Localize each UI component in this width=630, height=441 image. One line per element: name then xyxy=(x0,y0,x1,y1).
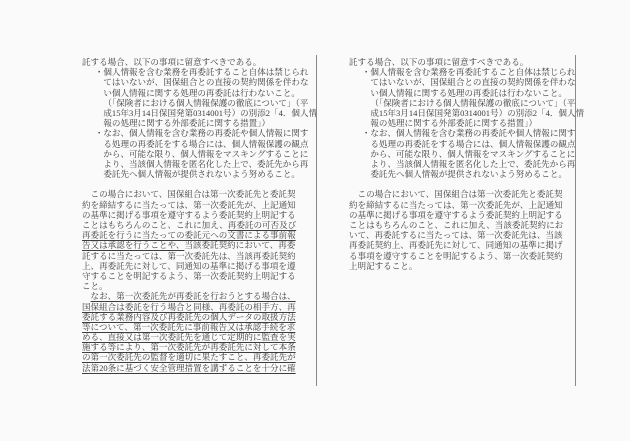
text-line: 等について、第一次委託先に事前報告又は承認手続を求 xyxy=(82,322,318,332)
text-line: ・なお、個人情報を含む業務の再委託や個人情報に関す xyxy=(349,128,577,138)
text-segment: いて、再委託するに当たっては、第一次委託先は、当該 xyxy=(349,230,563,240)
text-segment-underlined-addition: 再委託を行うに当たっての委託元への文書による事前報 xyxy=(82,230,296,240)
text-line: の第一次委託先の監督を適切に果たすこと、再委託先が xyxy=(82,352,318,362)
text-line: 約を締結するに当たっては、第一次委託先が、上記通知 xyxy=(349,200,577,210)
text-segment: （「保険者における個人情報保護の徹底について」（平 xyxy=(370,98,575,108)
text-line: 告又は承認を行うことや、当該委託契約において、再委 xyxy=(82,240,318,250)
text-line: 施する等により、第一次委託先が再委託先に対して本条 xyxy=(82,342,318,352)
scanned-document-page: 託する場合、以下の事項に留意すべきである。・個人情報を含む業務を再委託すること自… xyxy=(0,0,630,441)
text-line: 上、再委託先に対して、同通知の基準に掲げる事項を遵 xyxy=(82,261,318,271)
text-line: 委託先へ個人情報が提供されないよう努めること。 xyxy=(349,169,577,179)
text-line: この場合において、国保組合は第一次委託先と委託契 xyxy=(82,189,318,199)
column-previous-text: 託する場合、以下の事項に留意すべきである。・個人情報を含む業務を再委託すること自… xyxy=(349,57,577,271)
text-line: い個人情報に関する処理の再委託は行わないこと。 xyxy=(349,88,577,98)
text-line: ・個人情報を含む業務を再委託すること自体は禁じられ xyxy=(82,67,318,77)
text-line: める、直接又は第一次委託先を通じて定期的に監査を実 xyxy=(82,332,318,342)
text-line: （「保険者における個人情報保護の徹底について」（平 xyxy=(349,98,577,108)
text-segment: 再委託契約上、再委託先に対して、同通知の基準に掲げ xyxy=(349,240,563,250)
table-right-border-line xyxy=(575,55,576,386)
blank-line xyxy=(82,179,318,189)
text-segment: 託する場合、以下の事項に留意すべきである。 xyxy=(82,57,261,67)
text-segment: この場合において、国保組合は第一次委託先と委託契 xyxy=(91,189,296,199)
text-segment: 託するに当たっては、第一次委託先は、当該再委託契約 xyxy=(82,251,296,261)
text-line: 上明記すること。 xyxy=(349,261,577,271)
text-line: より、当該個人情報を匿名化した上で、委託先から再 xyxy=(349,159,577,169)
text-line: ことはもちろんのこと、これに加え、再委託の可否及び xyxy=(82,220,318,230)
text-segment-underlined-addition: 国保組合は委託を行う場合と同様、再委託の相手方、再 xyxy=(82,302,296,312)
text-segment-underlined-addition: 委託する業務内容及び再委託先の個人データの取扱方法 xyxy=(82,312,296,322)
text-segment-underlined-addition: 再委託の可否及び xyxy=(228,220,296,230)
text-segment-underlined-addition: 等について、第一次委託先に事前報告又は承認手続を求 xyxy=(82,322,295,332)
text-segment: 上、再委託先に対して、同通知の基準に掲げる事項を遵 xyxy=(82,261,296,271)
text-line: る処理の再委託をする場合には、個人情報保護の観点 xyxy=(349,139,577,149)
text-line: てはいないが、国保組合との直接の契約関係を伴わな xyxy=(82,77,318,87)
text-line: 成15年3月14日保国発第0314001号）の別添2「4．個人情 xyxy=(349,108,577,118)
text-line: 報の処理に関する外部委託に関する措置」） xyxy=(82,118,318,128)
text-line: ことはもちろんのこと、これに加え、当該委託契約にお xyxy=(349,220,577,230)
blank-line xyxy=(349,179,577,189)
text-segment: 委託先へ個人情報が提供されないよう努めること。 xyxy=(370,169,567,179)
text-segment: る処理の再委託をする場合には、個人情報保護の観点 xyxy=(370,139,575,149)
text-segment: 報の処理に関する外部委託に関する措置」） xyxy=(370,118,537,128)
text-line: いて、再委託するに当たっては、第一次委託先は、当該 xyxy=(349,230,577,240)
text-segment-underlined-addition: の第一次委託先の監督を適切に果たすこと、再委託先が xyxy=(82,352,296,362)
text-line: この場合において、国保組合は第一次委託先と委託契 xyxy=(349,189,577,199)
text-line: 託する場合、以下の事項に留意すべきである。 xyxy=(82,57,318,67)
text-line: 委託先へ個人情報が提供されないよう努めること。 xyxy=(82,169,318,179)
text-segment: ・なお、個人情報を含む業務の再委託や個人情報に関す xyxy=(362,128,576,138)
text-segment: 守することを明記するよう、第一次委託契約上明記する xyxy=(82,271,296,281)
text-segment: より、当該個人情報を匿名化した上で、委託先から再 xyxy=(370,159,575,169)
text-segment: 当該委託契約において、再委 xyxy=(184,240,295,250)
text-line: から、可能な限り、個人情報をマスキングすることに xyxy=(349,149,577,159)
text-line: 法第20条に基づく安全管理措置を講ずることを十分に確 xyxy=(82,363,318,373)
text-line: 成15年3月14日保国発第0314001号）の別添2「4．個人情 xyxy=(82,108,318,118)
text-line: 託するに当たっては、第一次委託先は、当該再委託契約 xyxy=(82,251,318,261)
column-divider-line xyxy=(316,55,317,386)
text-segment: から、可能な限り、個人情報をマスキングすることに xyxy=(370,149,575,159)
text-line: 託する場合、以下の事項に留意すべきである。 xyxy=(349,57,577,67)
text-segment-underlined-addition: める、直接又は第一次委託先を通じて定期的に監査を実 xyxy=(82,332,296,342)
text-line: から、可能な限り、個人情報をマスキングすることに xyxy=(82,149,318,159)
text-line: てはいないが、国保組合との直接の契約関係を伴わな xyxy=(349,77,577,87)
text-segment: ・個人情報を含む業務を再委託すること自体は禁じられ xyxy=(95,67,309,77)
text-segment: 委託先へ個人情報が提供されないよう努めること。 xyxy=(103,169,300,179)
text-line: 委託する業務内容及び再委託先の個人データの取扱方法 xyxy=(82,312,318,322)
text-segment: 成15年3月14日保国発第0314001号）の別添2「4．個人情 xyxy=(103,108,317,118)
text-segment: 約を締結するに当たっては、第一次委託先が、上記通知 xyxy=(82,200,296,210)
text-line: 再委託を行うに当たっての委託元への文書による事前報 xyxy=(82,230,318,240)
text-line: の基準に掲げる事項を遵守するよう委託契約上明記する xyxy=(82,210,318,220)
text-line: い個人情報に関する処理の再委託は行わないこと。 xyxy=(82,88,318,98)
text-segment: 上明記すること。 xyxy=(349,261,417,271)
text-segment-underlined-addition: なお、第一次委託先が再委託を行おうとする場合は、 xyxy=(91,291,296,301)
text-segment: こと。 xyxy=(82,281,108,291)
text-segment: る事項を遵守することを明記するよう、第一次委託契約 xyxy=(349,251,563,261)
text-segment: より、当該個人情報を匿名化した上で、委託先から再 xyxy=(103,159,308,169)
text-line: こと。 xyxy=(82,281,318,291)
text-segment: てはいないが、国保組合との直接の契約関係を伴わな xyxy=(370,77,575,87)
text-segment: ことはもちろんのこと、これに加え、 xyxy=(82,220,228,230)
text-segment: 約を締結するに当たっては、第一次委託先が、上記通知 xyxy=(349,200,563,210)
text-segment: の基準に掲げる事項を遵守するよう委託契約上明記する xyxy=(82,210,296,220)
text-line: 守することを明記するよう、第一次委託契約上明記する xyxy=(82,271,318,281)
text-segment-underlined-addition: 告又は承認を行うことや、 xyxy=(82,240,184,250)
text-segment: （「保険者における個人情報保護の徹底について」（平 xyxy=(103,98,308,108)
text-segment: 報の処理に関する外部委託に関する措置」） xyxy=(103,118,270,128)
text-line: 約を締結するに当たっては、第一次委託先が、上記通知 xyxy=(82,200,318,210)
column-revised-text: 託する場合、以下の事項に留意すべきである。・個人情報を含む業務を再委託すること自… xyxy=(82,57,318,373)
text-segment: 成15年3月14日保国発第0314001号）の別添2「4．個人情 xyxy=(370,108,584,118)
text-line: 再委託契約上、再委託先に対して、同通知の基準に掲げ xyxy=(349,240,577,250)
text-segment: ことはもちろんのこと、これに加え、当該委託契約にお xyxy=(349,220,563,230)
text-segment-underlined-addition: 施する等により、第一次委託先が再委託先に対して本条 xyxy=(82,342,296,352)
text-line: 報の処理に関する外部委託に関する措置」） xyxy=(349,118,577,128)
text-line: なお、第一次委託先が再委託を行おうとする場合は、 xyxy=(82,291,318,301)
text-segment: ・なお、個人情報を含む業務の再委託や個人情報に関す xyxy=(95,128,309,138)
text-segment-underlined-addition: 法第20条に基づく安全管理措置を講ずることを十分に確 xyxy=(82,363,296,373)
text-line: る事項を遵守することを明記するよう、第一次委託契約 xyxy=(349,251,577,261)
text-line: る処理の再委託をする場合には、個人情報保護の観点 xyxy=(82,139,318,149)
text-segment: この場合において、国保組合は第一次委託先と委託契 xyxy=(358,189,563,199)
text-segment: の基準に掲げる事項を遵守するよう委託契約上明記する xyxy=(349,210,563,220)
text-line: 国保組合は委託を行う場合と同様、再委託の相手方、再 xyxy=(82,302,318,312)
text-line: （「保険者における個人情報保護の徹底について」（平 xyxy=(82,98,318,108)
text-segment: ・個人情報を含む業務を再委託すること自体は禁じられ xyxy=(362,67,576,77)
text-segment: る処理の再委託をする場合には、個人情報保護の観点 xyxy=(103,139,308,149)
text-segment: い個人情報に関する処理の再委託は行わないこと。 xyxy=(370,88,567,98)
text-segment: 託する場合、以下の事項に留意すべきである。 xyxy=(349,57,528,67)
text-line: の基準に掲げる事項を遵守するよう委託契約上明記する xyxy=(349,210,577,220)
text-segment: い個人情報に関する処理の再委託は行わないこと。 xyxy=(103,88,300,98)
text-segment: てはいないが、国保組合との直接の契約関係を伴わな xyxy=(103,77,308,87)
text-line: より、当該個人情報を匿名化した上で、委託先から再 xyxy=(82,159,318,169)
text-line: ・なお、個人情報を含む業務の再委託や個人情報に関す xyxy=(82,128,318,138)
text-segment: から、可能な限り、個人情報をマスキングすることに xyxy=(103,149,308,159)
text-line: ・個人情報を含む業務を再委託すること自体は禁じられ xyxy=(349,67,577,77)
